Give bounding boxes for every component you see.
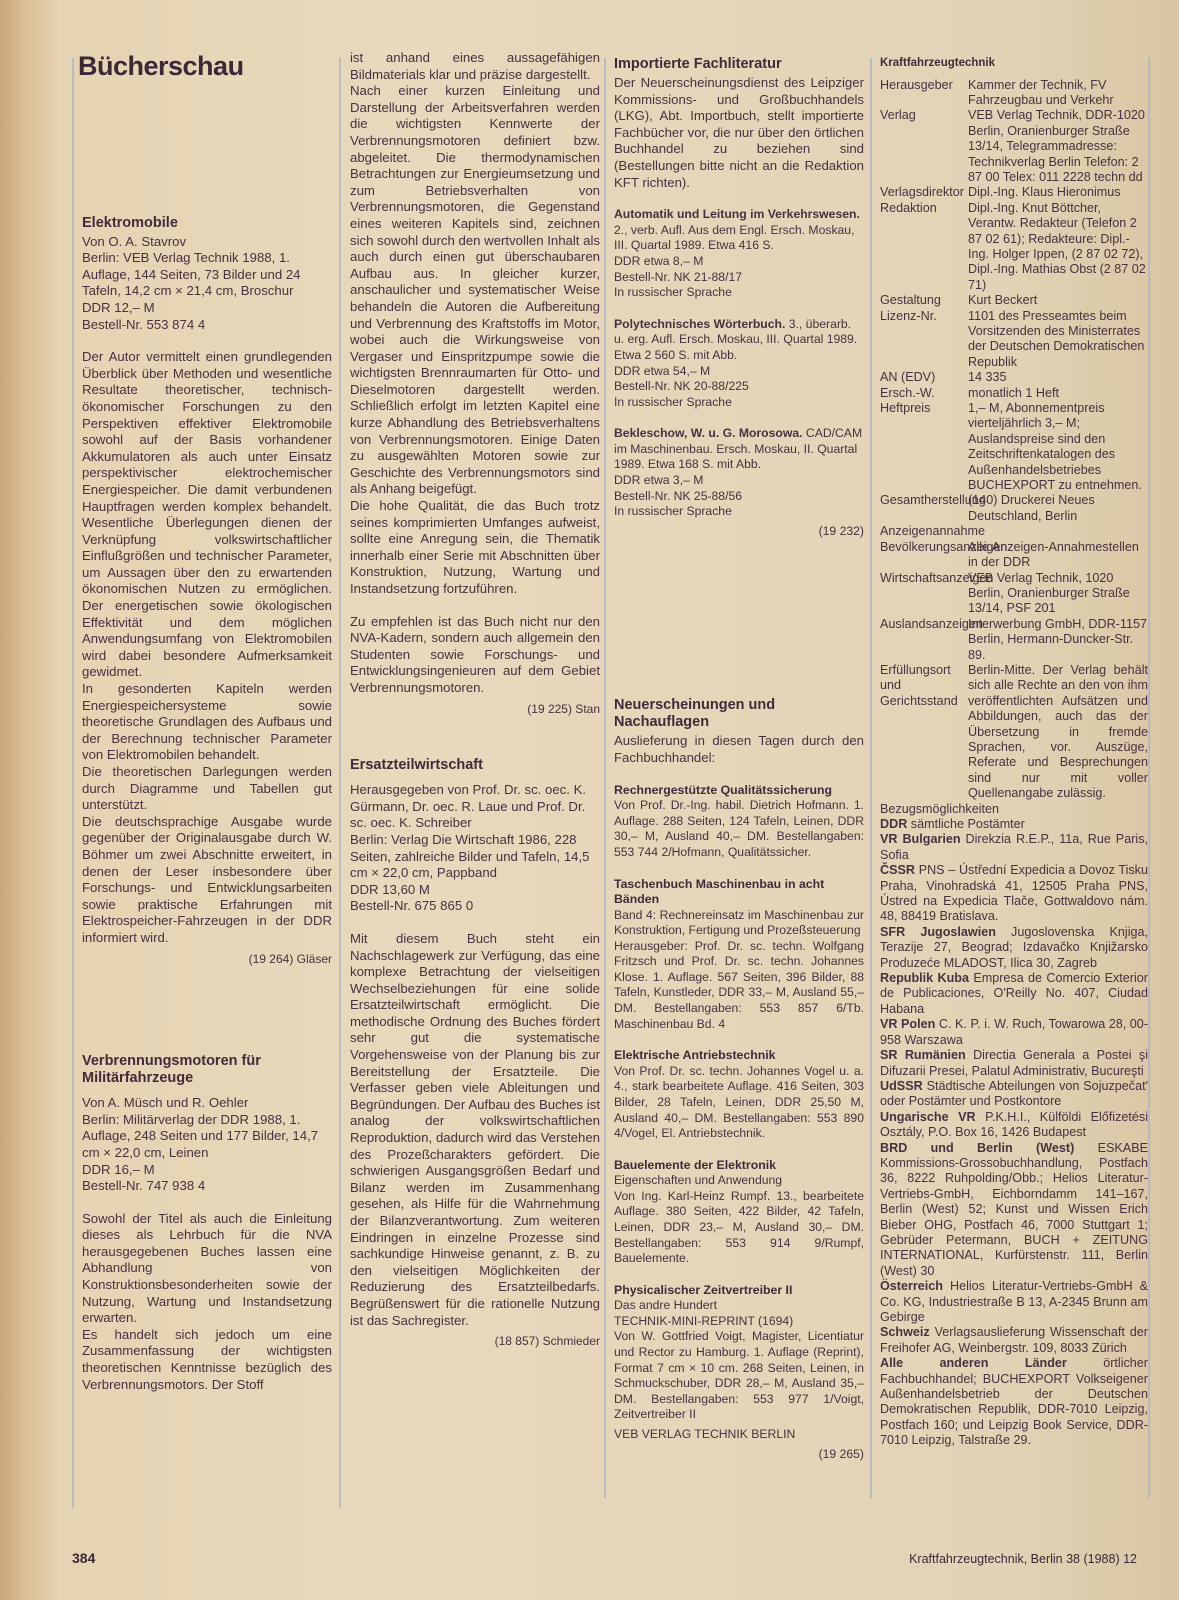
distribution-item: Republik Kuba Empresa de Comercio Exteri… [880, 971, 1148, 1017]
review-signature: (19 264) Gläser [82, 951, 332, 968]
review-publisher: Berlin: Militärverlag der DDR 1988, 1. A… [82, 1112, 332, 1162]
imprint-key: Gesamtherstellung [880, 493, 968, 524]
review-price: DDR 12,– M [82, 300, 332, 317]
review-elektromobile: Elektromobile Von O. A. Stavrov Berlin: … [82, 215, 332, 968]
review-price: DDR 13,60 M [350, 882, 600, 899]
imprint-key: Wirtschaftsanzeigen [880, 571, 968, 617]
distribution-item: DDR sämtliche Postämter [880, 817, 1148, 832]
review-order-no: Bestell-Nr. 747 938 4 [82, 1178, 332, 1195]
imprint-key: Ersch.-W. [880, 386, 968, 401]
column-2: ist anhand eines aussagefähigen Bildmate… [350, 50, 600, 1350]
imprint-key: Bevölkerungsanzeigen [880, 540, 968, 571]
imprint-value: VEB Verlag Technik, 1020 Berlin, Oranien… [968, 571, 1148, 617]
review-paragraph: Sowohl der Titel als auch die Einleitung… [82, 1211, 332, 1327]
import-item-price: DDR etwa 3,– M [614, 473, 864, 489]
column-rule [339, 58, 341, 1508]
distribution-item: VR Bulgarien Direkzia R.E.P., 11a, Rue P… [880, 832, 1148, 863]
imprint-key: AN (EDV) [880, 370, 968, 385]
release-text: Von Prof. Dr.-Ing. habil. Dietrich Hofma… [614, 798, 864, 860]
distribution-country: BRD und Berlin (West) [880, 1141, 1074, 1155]
review-publisher: Berlin: Verlag Die Wirtschaft 1986, 228 … [350, 832, 600, 882]
release-item: Physicalischer Zeitvertreiber II Das and… [614, 1283, 864, 1423]
imprint-value: Alle Anzeigen-Annahmestellen in der DDR [968, 540, 1148, 571]
review-paragraph: Zu empfehlen ist das Buch nicht nur den … [350, 614, 600, 697]
imprint-key: Redaktion [880, 201, 968, 293]
review-publisher: Berlin: VEB Verlag Technik 1988, 1. Aufl… [82, 250, 332, 300]
section-title: Importierte Fachliteratur [614, 56, 864, 73]
imprint-value: Dipl.-Ing. Klaus Hieronimus [968, 185, 1148, 200]
distribution-text: PNS – Ústřední Expedicia a Dovoz Tisku P… [880, 863, 1148, 923]
distribution-country: Republik Kuba [880, 971, 969, 985]
section-title: Neuerscheinungen und Nachauflagen [614, 697, 814, 731]
import-item-order-no: Bestell-Nr. NK 25-88/56 [614, 489, 864, 505]
review-paragraph: In gesonderten Kapiteln werden Energiesp… [82, 681, 332, 764]
review-verbrennungsmotoren: Verbrennungsmotoren für Militärfahrzeuge… [82, 1053, 332, 1393]
review-paragraph: Der Autor vermittelt einen grundlegenden… [82, 349, 332, 681]
release-title: Physicalischer Zeitvertreiber II [614, 1283, 864, 1299]
imprint-table: Herausgeber Kammer der Technik, FV Fahrz… [880, 78, 1148, 802]
release-title: Rechnergestützte Qualitätssicherung [614, 783, 864, 799]
publisher-line: VEB VERLAG TECHNIK BERLIN [614, 1427, 864, 1443]
imprint-key: Gestaltung [880, 293, 968, 308]
import-item-order-no: Bestell-Nr. NK 20-88/225 [614, 379, 864, 395]
ads-heading: Anzeigenannahme [880, 524, 1148, 539]
page-title: Bücherschau [78, 58, 332, 75]
distribution-country: Ungarische VR [880, 1110, 976, 1124]
import-item-details: 2., verb. Aufl. Aus dem Engl. Ersch. Mos… [614, 223, 854, 253]
distribution-list: Bezugsmöglichkeiten DDR sämtliche Postäm… [880, 802, 1148, 1449]
new-releases: Neuerscheinungen und Nachauflagen Auslie… [614, 697, 864, 1462]
import-item-title: Automatik und Leitung im Verkehrswesen. [614, 207, 860, 221]
column-rule [72, 58, 74, 1508]
distribution-item: SR Rumänien Directia Generala a Postei ş… [880, 1048, 1148, 1079]
import-item: Polytechnisches Wörterbuch. 3., überarb.… [614, 317, 864, 411]
imprint-value: Berlin-Mitte. Der Verlag behält sich all… [968, 663, 1148, 802]
release-text: Band 4: Rechnereinsatz im Maschinenbau z… [614, 908, 864, 1033]
imprint-key: Auslandsanzeigen [880, 617, 968, 663]
release-item: Rechnergestützte Qualitätssicherung Von … [614, 783, 864, 861]
review-order-no: Bestell-Nr. 675 865 0 [350, 898, 600, 915]
review-ersatzteilwirtschaft: Ersatzteilwirtschaft Herausgegeben von P… [350, 757, 600, 1350]
column-3: Importierte Fachliteratur Der Neuerschei… [614, 56, 864, 1462]
import-item-order-no: Bestell-Nr. NK 21-88/17 [614, 270, 864, 286]
imprint-key: Verlag [880, 108, 968, 185]
column-rule [870, 58, 872, 1498]
distribution-item: ČSSR PNS – Ústřední Expedicia a Dovoz Ti… [880, 863, 1148, 925]
import-item-price: DDR etwa 8,– M [614, 254, 864, 270]
distribution-country: SFR Jugoslawien [880, 925, 996, 939]
import-item: Bekleschow, W. u. G. Morosowa. CAD/CAM i… [614, 426, 864, 520]
review-signature: (19 225) Stan [350, 701, 600, 718]
import-item: Automatik und Leitung im Verkehrswesen. … [614, 207, 864, 301]
release-text: Von Prof. Dr. sc. techn. Johannes Vogel … [614, 1064, 864, 1142]
imprint-key: Herausgeber [880, 78, 968, 109]
imprint-key: Erfüllungsort und Gerichtsstand [880, 663, 968, 802]
import-item-title: Polytechnisches Wörterbuch. [614, 317, 785, 331]
section-intro: Auslieferung in diesen Tagen durch den F… [614, 733, 864, 766]
column-rule [1148, 58, 1150, 1498]
review-order-no: Bestell-Nr. 553 874 4 [82, 317, 332, 334]
distribution-item: Ungarische VR P.K.H.I., Külföldi Előfize… [880, 1110, 1148, 1141]
review-price: DDR 16,– M [82, 1162, 332, 1179]
imprint-value: Kammer der Technik, FV Fahrzeugbau und V… [968, 78, 1148, 109]
imprint-title: Kraftfahrzeugtechnik [880, 56, 1148, 72]
page-number: 384 [72, 1550, 95, 1566]
review-title: Ersatzteilwirtschaft [350, 757, 600, 774]
distribution-country: DDR [880, 817, 907, 831]
distribution-item: BRD und Berlin (West) ESKABE Kommissions… [880, 1141, 1148, 1280]
review-paragraph: Es handelt sich jedoch um eine Zusammenf… [82, 1327, 332, 1393]
release-item: Bauelemente der Elektronik Eigenschaften… [614, 1158, 864, 1267]
imprint-value: 1101 des Presseamtes beim Vorsitzenden d… [968, 309, 1148, 371]
distribution-item: UdSSR Städtische Abteilungen von Sojuzpe… [880, 1079, 1148, 1110]
import-item-title: Bekleschow, W. u. G. Morosowa. [614, 426, 803, 440]
imprint-value: Kurt Beckert [968, 293, 1148, 308]
distribution-heading: Bezugsmöglichkeiten [880, 802, 1148, 817]
import-item-language: In russischer Sprache [614, 504, 864, 520]
release-title: Taschenbuch Maschinenbau in acht Bänden [614, 877, 864, 908]
distribution-item: VR Polen C. K. P. i. W. Ruch, Towarowa 2… [880, 1017, 1148, 1048]
distribution-country: VR Polen [880, 1017, 935, 1031]
import-item-price: DDR etwa 54,– M [614, 364, 864, 380]
imported-literature: Importierte Fachliteratur Der Neuerschei… [614, 56, 864, 539]
review-signature: (18 857) Schmieder [350, 1333, 600, 1350]
imprint-value: 1,– M, Abonnementpreis vierteljährlich 3… [968, 401, 1148, 493]
release-text: Eigenschaften und Anwendung Von Ing. Kar… [614, 1173, 864, 1267]
review-title: Verbrennungsmotoren für Militärfahrzeuge [82, 1053, 272, 1087]
distribution-text: sämtliche Postämter [911, 817, 1025, 831]
column-rule [604, 58, 606, 1498]
distribution-country: ČSSR [880, 863, 915, 877]
distribution-country: Schweiz [880, 1325, 930, 1339]
review-title: Elektromobile [82, 215, 332, 232]
review-author: Von O. A. Stavrov [82, 234, 332, 251]
distribution-country: Österreich [880, 1279, 943, 1293]
distribution-country: SR Rumänien [880, 1048, 966, 1062]
review-author: Von A. Müsch und R. Oehler [82, 1095, 332, 1112]
review-paragraph: ist anhand eines aussagefähigen Bildmate… [350, 50, 600, 83]
distribution-text: ESKABE Kommissions-Grossobuchhandlung, P… [880, 1141, 1148, 1278]
section-signature: (19 265) [614, 1447, 864, 1463]
release-title: Bauelemente der Elektronik [614, 1158, 864, 1174]
section-signature: (19 232) [614, 524, 864, 540]
distribution-country: Alle anderen Länder [880, 1356, 1067, 1370]
release-text: Das andre Hundert TECHNIK-MINI-REPRINT (… [614, 1298, 864, 1423]
imprint-key: Lizenz-Nr. [880, 309, 968, 371]
distribution-item: Schweiz Verlagsauslieferung Wissenschaft… [880, 1325, 1148, 1356]
release-item: Taschenbuch Maschinenbau in acht Bänden … [614, 877, 864, 1033]
imprint-value: monatlich 1 Heft [968, 386, 1148, 401]
imprint-value: Interwerbung GmbH, DDR-1157 Berlin, Herm… [968, 617, 1148, 663]
imprint-value: 14 335 [968, 370, 1148, 385]
review-author: Herausgegeben von Prof. Dr. sc. oec. K. … [350, 782, 600, 832]
review-paragraph: Die deutschsprachige Ausgabe wurde gegen… [82, 814, 332, 947]
imprint-value: Dipl.-Ing. Knut Böttcher, Verantw. Redak… [968, 201, 1148, 293]
import-item-language: In russischer Sprache [614, 285, 864, 301]
review-paragraph: Nach einer kurzen Einleitung und Darstel… [350, 83, 600, 498]
imprint-value: (140) Druckerei Neues Deutschland, Berli… [968, 493, 1148, 524]
imprint-key: Verlagsdirektor [880, 185, 968, 200]
distribution-item: Österreich Helios Literatur-Vertriebs-Gm… [880, 1279, 1148, 1325]
column-1: Bücherschau Elektromobile Von O. A. Stav… [82, 58, 332, 1393]
distribution-item: Alle anderen Länder örtlicher Fachbuchha… [880, 1356, 1148, 1448]
distribution-country: VR Bulgarien [880, 832, 961, 846]
imprint-value: VEB Verlag Technik, DDR-1020 Berlin, Ora… [968, 108, 1148, 185]
import-item-language: In russischer Sprache [614, 395, 864, 411]
distribution-item: SFR Jugoslawien Jugoslovenska Knjiga, Te… [880, 925, 1148, 971]
review-paragraph: Die hohe Qualität, die das Buch trotz se… [350, 498, 600, 598]
review-paragraph: Die theoretischen Darlegungen werden dur… [82, 764, 332, 814]
running-footer: Kraftfahrzeugtechnik, Berlin 38 (1988) 1… [909, 1552, 1137, 1566]
review-paragraph: Mit diesem Buch steht ein Nachschlagewer… [350, 931, 600, 1329]
release-title: Elektrische Antriebstechnik [614, 1048, 864, 1064]
release-item: Elektrische Antriebstechnik Von Prof. Dr… [614, 1048, 864, 1141]
imprint-column: Kraftfahrzeugtechnik Herausgeber Kammer … [880, 56, 1148, 1449]
section-intro: Der Neuerscheinungsdienst des Leipziger … [614, 75, 864, 191]
imprint-key: Heftpreis [880, 401, 968, 493]
distribution-country: UdSSR [880, 1079, 923, 1093]
